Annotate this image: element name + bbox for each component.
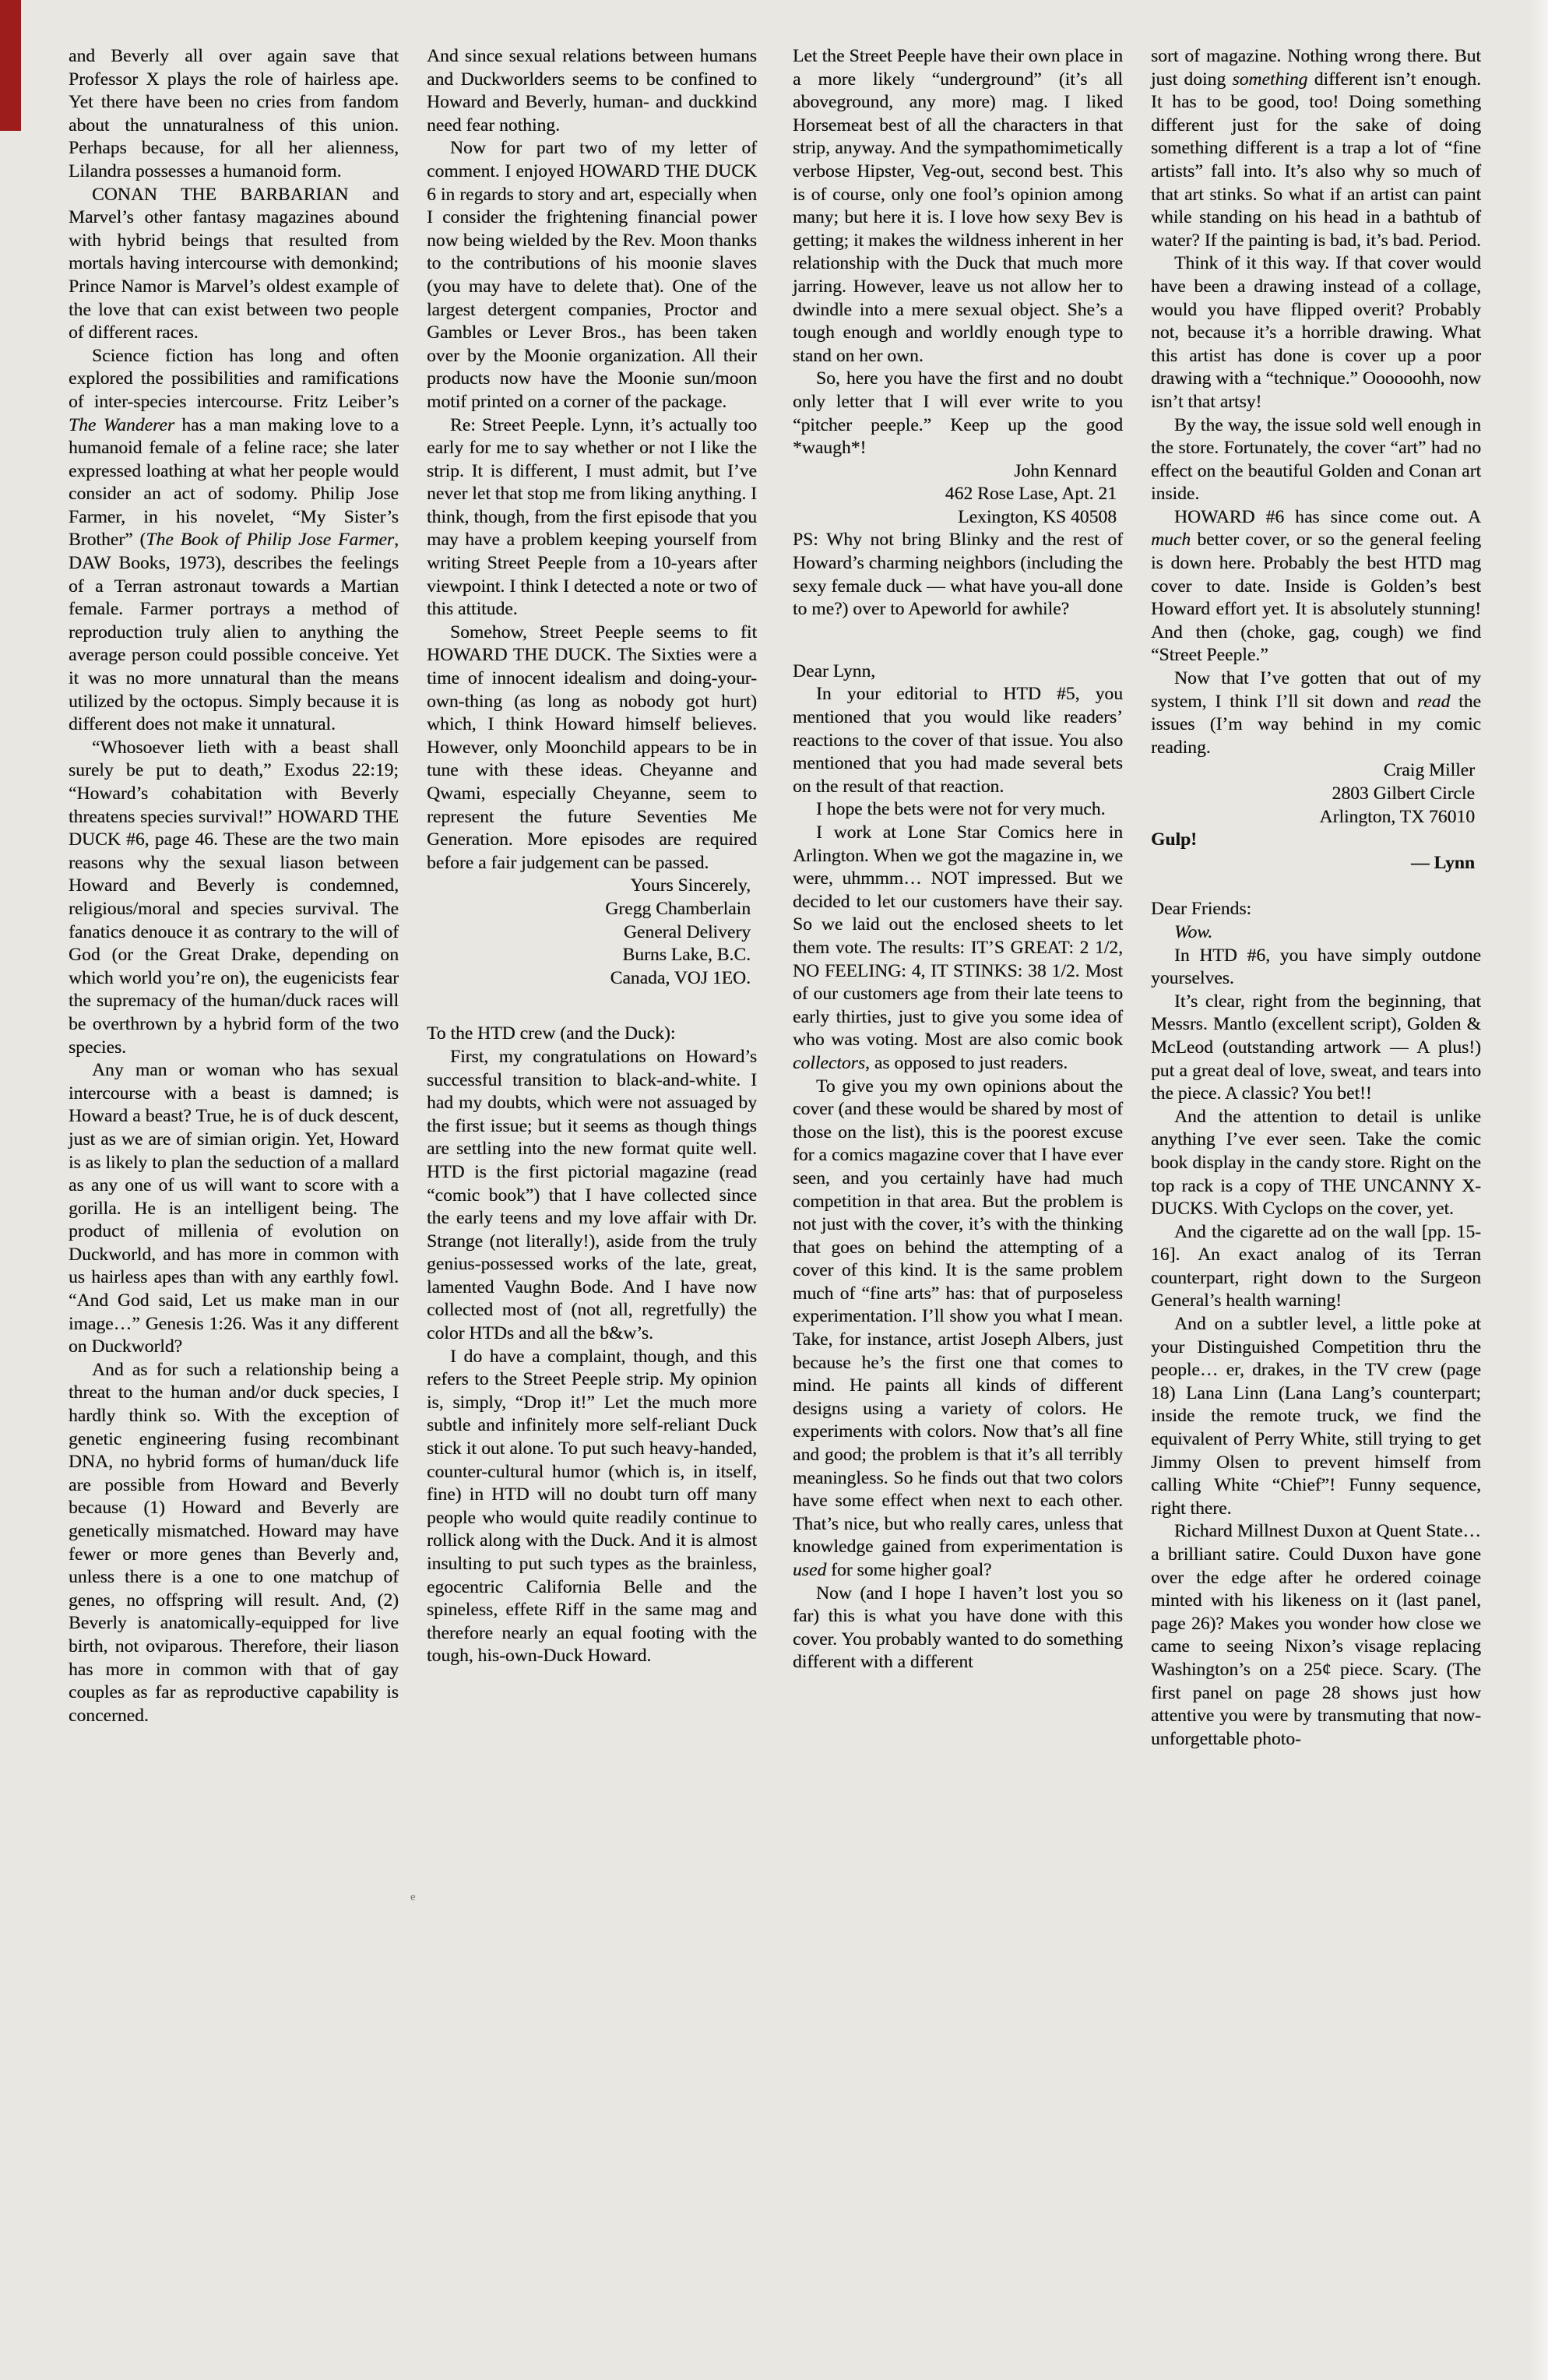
paragraph: And the cigarette ad on the wall [pp. 15… <box>1151 1221 1481 1313</box>
paragraph: HOWARD #6 has since come out. A much bet… <box>1151 506 1481 667</box>
paragraph: To the HTD crew (and the Duck): <box>427 1023 757 1046</box>
paragraph: and Beverly all over again save that Pro… <box>69 45 399 184</box>
paragraph: John Kennard <box>793 460 1123 484</box>
paragraph: — Lynn <box>1151 852 1481 875</box>
paragraph: Yours Sincerely, <box>427 875 757 898</box>
paragraph: Lexington, KS 40508 <box>793 506 1123 530</box>
paragraph: Science fiction has long and often explo… <box>69 345 399 737</box>
paragraph: By the way, the issue sold well enough i… <box>1151 414 1481 506</box>
paragraph: In HTD #6, you have simply outdone yours… <box>1151 945 1481 991</box>
paragraph: It’s clear, right from the beginning, th… <box>1151 991 1481 1106</box>
paragraph: Any man or woman who has sexual intercou… <box>69 1059 399 1359</box>
scan-speck: e <box>410 1891 416 1904</box>
paragraph: I do have a complaint, though, and this … <box>427 1346 757 1668</box>
paragraph: Think of it this way. If that cover woul… <box>1151 252 1481 414</box>
paragraph: And on a subtler level, a little poke at… <box>1151 1313 1481 1520</box>
column-gap <box>427 990 757 1023</box>
red-binding-mark <box>0 0 21 131</box>
paragraph: And the attention to detail is unlike an… <box>1151 1106 1481 1221</box>
paragraph: I work at Lone Star Comics here in Arlin… <box>793 822 1123 1076</box>
text-column-1: and Beverly all over again save that Pro… <box>69 45 399 1727</box>
column-gap <box>793 621 1123 660</box>
paragraph: Dear Lynn, <box>793 660 1123 684</box>
paragraph: “Whosoever lieth with a beast shall sure… <box>69 737 399 1059</box>
paragraph: Craig Miller <box>1151 759 1481 783</box>
paragraph: Canada, VOJ 1EO. <box>427 967 757 991</box>
paragraph: Wow. <box>1151 921 1481 945</box>
paragraph: And as for such a relationship being a t… <box>69 1359 399 1728</box>
paragraph: And since sexual relations between human… <box>427 45 757 137</box>
paragraph: Now that I’ve gotten that out of my syst… <box>1151 667 1481 759</box>
paragraph: Now for part two of my letter of comment… <box>427 137 757 414</box>
paragraph: 2803 Gilbert Circle <box>1151 783 1481 806</box>
paragraph: In your editorial to HTD #5, you mention… <box>793 683 1123 798</box>
paragraph: 462 Rose Lase, Apt. 21 <box>793 483 1123 506</box>
paragraph: Now (and I hope I haven’t lost you so fa… <box>793 1583 1123 1674</box>
paragraph: I hope the bets were not for very much. <box>793 798 1123 822</box>
text-column-3: Let the Street Peeple have their own pla… <box>793 45 1123 1674</box>
paragraph: CONAN THE BARBARIAN and Marvel’s other f… <box>69 184 399 345</box>
paragraph: Burns Lake, B.C. <box>427 944 757 967</box>
paragraph: So, here you have the first and no doubt… <box>793 368 1123 459</box>
paragraph: Gulp! <box>1151 829 1481 852</box>
paragraph: Arlington, TX 76010 <box>1151 806 1481 829</box>
paragraph: Let the Street Peeple have their own pla… <box>793 45 1123 368</box>
paragraph: sort of magazine. Nothing wrong there. B… <box>1151 45 1481 252</box>
paragraph: Gregg Chamberlain <box>427 898 757 921</box>
text-column-2: And since sexual relations between human… <box>427 45 757 1668</box>
paragraph: First, my congratulations on Howard’s su… <box>427 1046 757 1346</box>
paragraph: Richard Millnest Duxon at Quent State… a… <box>1151 1520 1481 1751</box>
column-gap <box>1151 875 1481 898</box>
paragraph: Dear Friends: <box>1151 898 1481 921</box>
paragraph: PS: Why not bring Blinky and the rest of… <box>793 529 1123 621</box>
page-edge-highlight <box>1529 0 1548 2380</box>
paragraph: To give you my own opinions about the co… <box>793 1076 1123 1583</box>
paragraph: Somehow, Street Peeple seems to fit HOWA… <box>427 621 757 875</box>
paragraph: Re: Street Peeple. Lynn, it’s actually t… <box>427 414 757 621</box>
text-column-4: sort of magazine. Nothing wrong there. B… <box>1151 45 1481 1751</box>
paragraph: General Delivery <box>427 921 757 945</box>
letters-page: and Beverly all over again save that Pro… <box>0 0 1548 2380</box>
